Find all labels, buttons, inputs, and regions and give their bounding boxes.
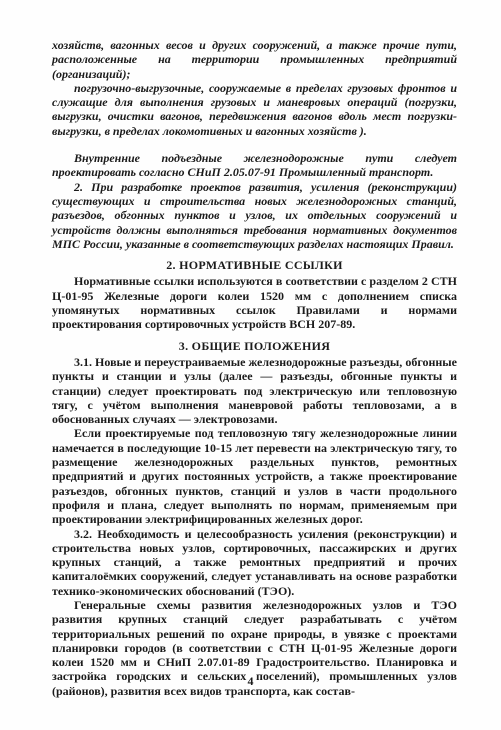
intro-italic-block: хозяйств, вагонных весов и других сооруж… xyxy=(52,38,457,251)
paragraph-normative-references: Нормативные ссылки используются в соотве… xyxy=(52,274,457,331)
section-heading-normative-references: 2. НОРМАТИВНЫЕ ССЫЛКИ xyxy=(52,258,457,272)
page-text-column: хозяйств, вагонных весов и других сооруж… xyxy=(52,38,457,698)
document-page: хозяйств, вагонных весов и других сооруж… xyxy=(0,0,501,730)
paragraph-track-types-continuation: хозяйств, вагонных весов и других сооруж… xyxy=(52,38,457,81)
paragraph-3-1-traction-design: 3.1. Новые и переустраиваемые железнодор… xyxy=(52,355,457,426)
paragraph-electrification-conversion: Если проектируемые под тепловозную тягу … xyxy=(52,426,457,526)
page-number: 4 xyxy=(0,674,501,689)
paragraph-loading-unloading-tracks: погрузочно-выгрузочные, сооружаемые в пр… xyxy=(52,81,457,138)
paragraph-3-2-feasibility-studies: 3.2. Необходимость и целесообразность ус… xyxy=(52,527,457,598)
section-heading-general-provisions: 3. ОБЩИЕ ПОЛОЖЕНИЯ xyxy=(52,339,457,353)
paragraph-item-2-requirements: 2. При разработке проектов развития, уси… xyxy=(52,180,457,251)
paragraph-internal-access-tracks: Внутренние подъездные железнодорожные пу… xyxy=(52,151,457,180)
